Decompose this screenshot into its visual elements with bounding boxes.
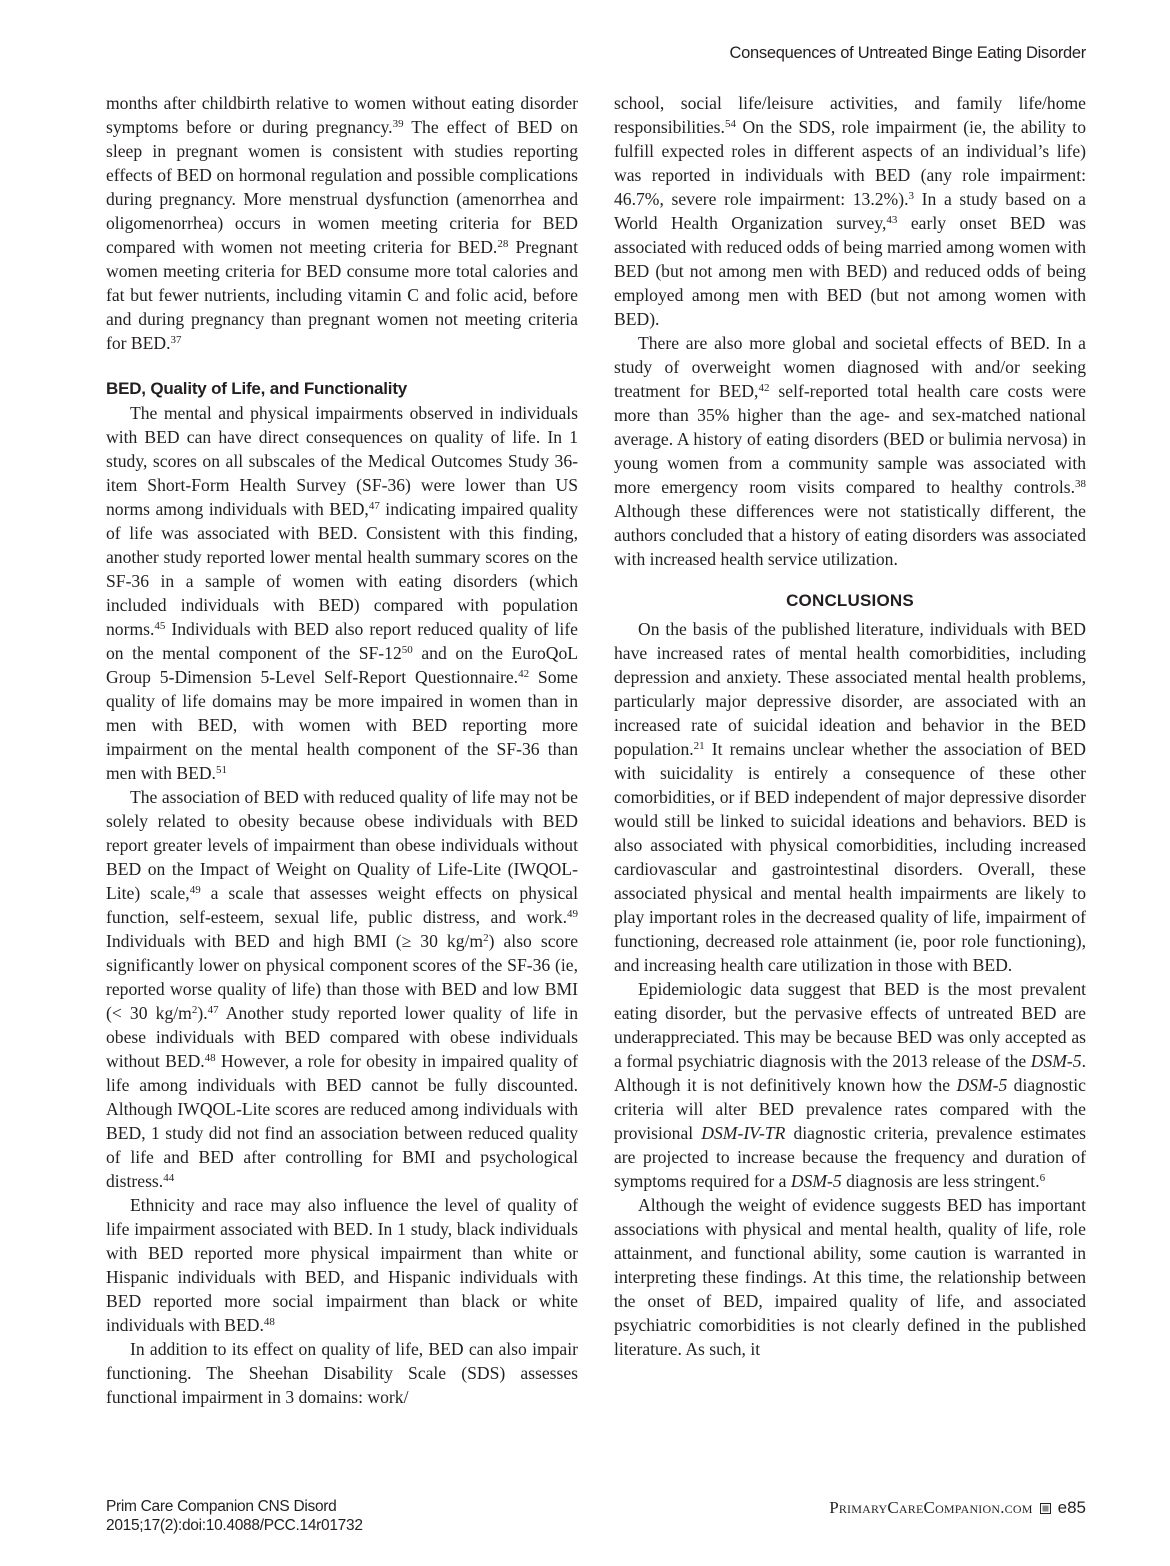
italic-term: DSM-5 [1031, 1051, 1082, 1071]
doi-citation: 2015;17(2):doi:10.4088/PCC.14r01732 [106, 1516, 363, 1535]
italic-term: DSM-5 [791, 1171, 842, 1191]
conclusions-body: On the basis of the published literature… [614, 617, 1086, 1361]
paragraph: Epidemiologic data suggest that BED is t… [614, 977, 1086, 1193]
left-intro: months after childbirth relative to wome… [106, 91, 578, 355]
paragraph: Ethnicity and race may also influence th… [106, 1193, 578, 1337]
journal-name: Prim Care Companion CNS Disord [106, 1497, 363, 1516]
right-intro: school, social life/leisure activities, … [614, 91, 1086, 571]
citation-reference: 2 [483, 932, 489, 944]
citation-reference: 42 [758, 382, 769, 394]
citation-reference: 37 [171, 334, 182, 346]
citation-reference: 6 [1040, 1172, 1046, 1184]
italic-term: DSM-IV-TR [701, 1123, 785, 1143]
citation-reference: 51 [216, 764, 227, 776]
paragraph: The mental and physical impairments obse… [106, 401, 578, 785]
paragraph: Although the weight of evidence suggests… [614, 1193, 1086, 1361]
citation-reference: 47 [208, 1004, 219, 1016]
citation-reference: 49 [567, 908, 578, 920]
citation-reference: 48 [264, 1316, 275, 1328]
citation-reference: 21 [694, 740, 705, 752]
citation-reference: 3 [908, 190, 914, 202]
square-bullet-icon [1040, 1503, 1051, 1514]
paragraph: In addition to its effect on quality of … [106, 1337, 578, 1409]
citation-reference: 49 [190, 884, 201, 896]
citation-reference: 42 [518, 668, 529, 680]
paragraph: The association of BED with reduced qual… [106, 785, 578, 1193]
footer-site: PrimaryCareCompanion.com e85 [829, 1498, 1086, 1518]
paragraph: school, social life/leisure activities, … [614, 91, 1086, 331]
section-heading-conclusions: Conclusions [614, 589, 1086, 613]
citation-reference: 43 [886, 214, 897, 226]
paragraph: There are also more global and societal … [614, 331, 1086, 571]
citation-reference: 44 [163, 1172, 174, 1184]
citation-reference: 48 [205, 1052, 216, 1064]
paragraph: months after childbirth relative to wome… [106, 91, 578, 355]
citation-reference: 50 [402, 644, 413, 656]
citation-reference: 2 [192, 1004, 198, 1016]
running-title: Consequences of Untreated Binge Eating D… [730, 44, 1086, 63]
footer-citation: Prim Care Companion CNS Disord 2015;17(2… [106, 1497, 363, 1535]
page-number: e85 [1058, 1498, 1086, 1518]
citation-reference: 54 [725, 118, 736, 130]
citation-reference: 28 [497, 238, 508, 250]
left-column: months after childbirth relative to wome… [106, 91, 578, 1409]
right-column: school, social life/leisure activities, … [614, 91, 1086, 1361]
italic-term: DSM-5 [956, 1075, 1007, 1095]
citation-reference: 45 [154, 620, 165, 632]
paragraph: On the basis of the published literature… [614, 617, 1086, 977]
citation-reference: 38 [1075, 478, 1086, 490]
left-section-body: The mental and physical impairments obse… [106, 401, 578, 1409]
citation-reference: 47 [369, 500, 380, 512]
citation-reference: 39 [393, 118, 404, 130]
section-heading-quality-of-life: BED, Quality of Life, and Functionality [106, 377, 578, 401]
website-link[interactable]: PrimaryCareCompanion.com [829, 1498, 1032, 1518]
